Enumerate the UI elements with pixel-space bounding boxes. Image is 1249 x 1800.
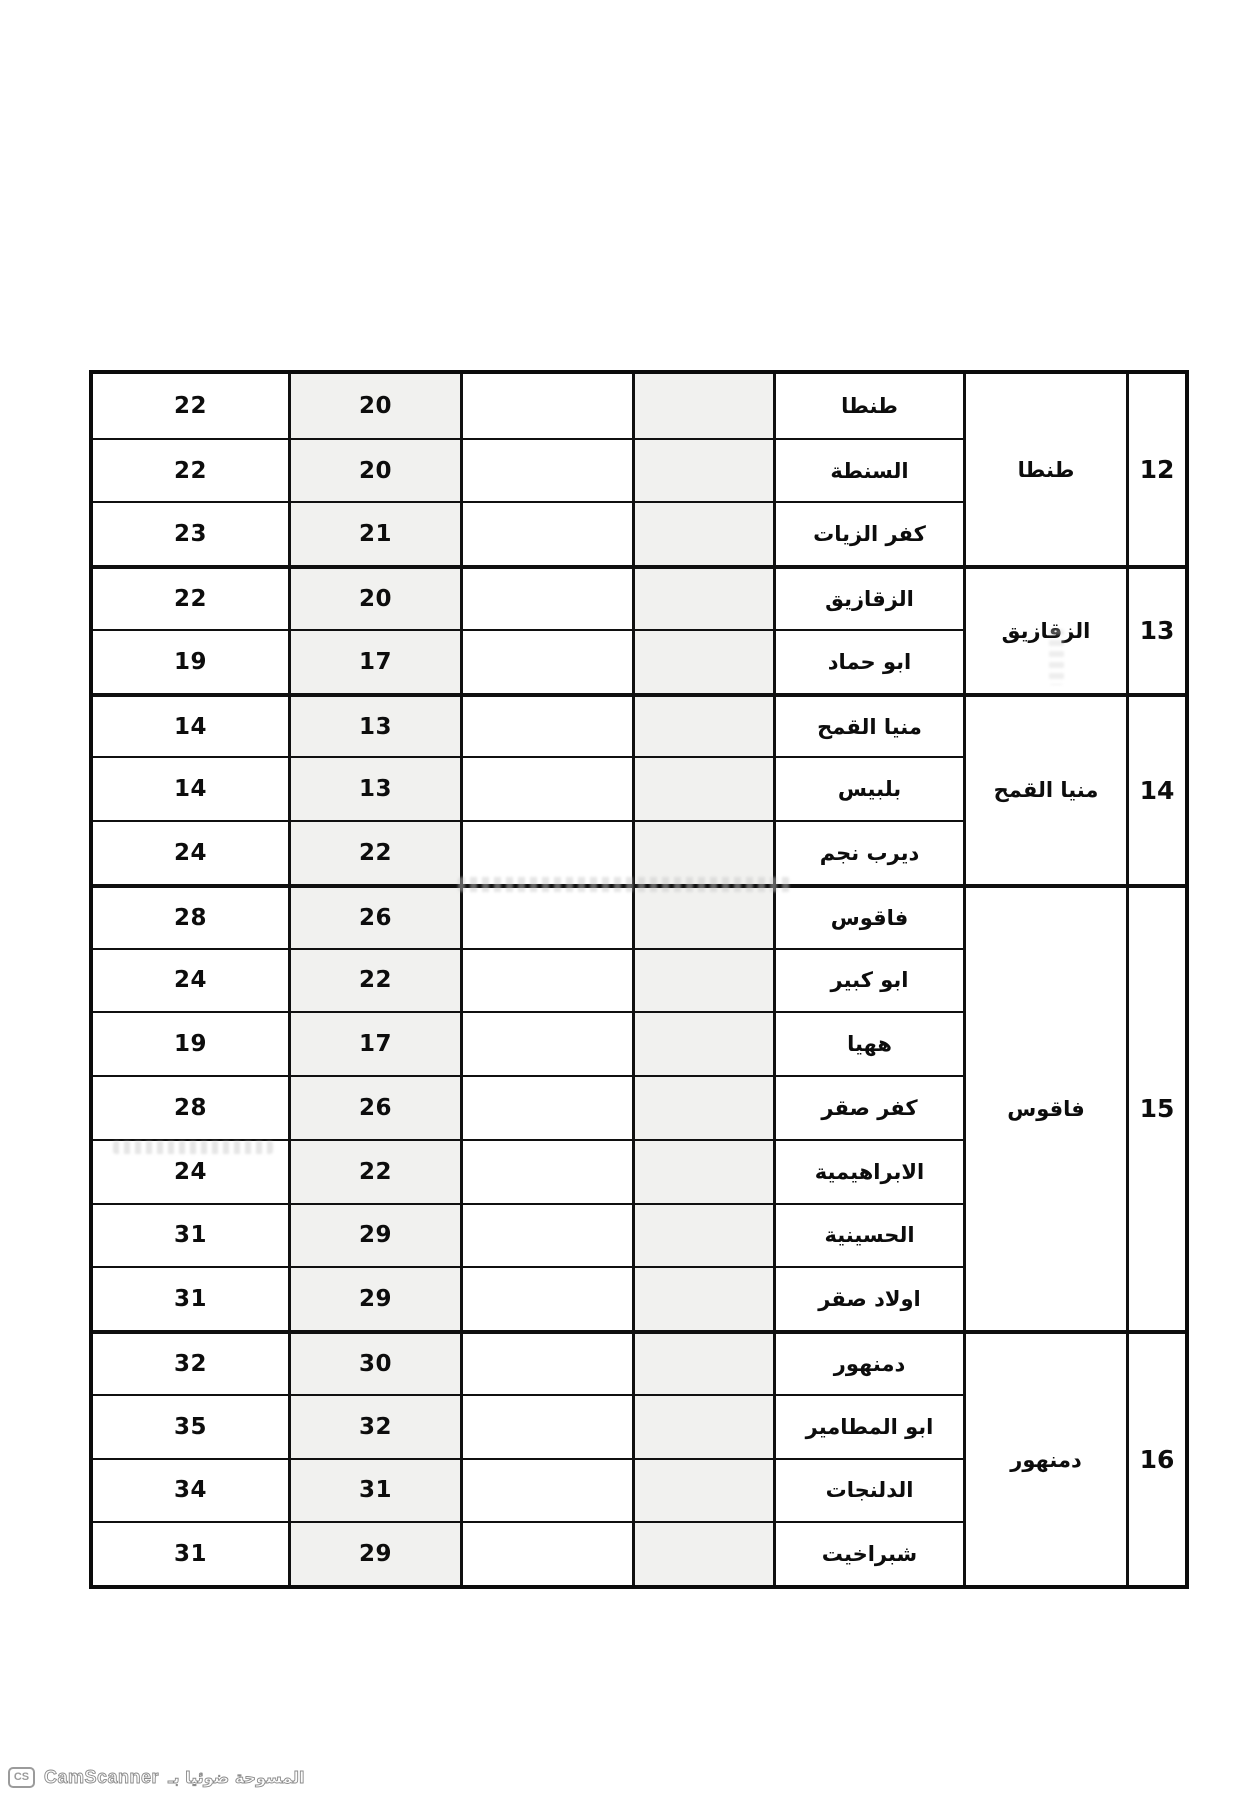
city-cell: كفر الزيات: [773, 501, 963, 565]
value-b-cell: 29: [288, 1203, 460, 1267]
empty-cell: [460, 629, 632, 693]
empty-cell: [632, 438, 773, 502]
city-cell: الابراهيمية: [773, 1139, 963, 1203]
group-index-cell: 14: [1126, 693, 1185, 884]
value-b-cell: 13: [288, 693, 460, 757]
empty-cell: [632, 1075, 773, 1139]
city-cell: اولاد صقر: [773, 1266, 963, 1330]
city-cell: بلبيس: [773, 756, 963, 820]
value-a-cell: 14: [93, 756, 288, 820]
city-cell: طنطا: [773, 374, 963, 438]
empty-cell: [632, 1521, 773, 1585]
camscanner-footer: CS CamScanner المسوحة ضوئيا بـ: [8, 1765, 304, 1789]
empty-cell: [632, 1139, 773, 1203]
group-index-cell: 13: [1126, 565, 1185, 692]
value-b-cell: 29: [288, 1266, 460, 1330]
group-index-cell: 12: [1126, 374, 1185, 565]
city-cell: كفر صقر: [773, 1075, 963, 1139]
city-cell: الحسينية: [773, 1203, 963, 1267]
empty-cell: [632, 693, 773, 757]
camscanner-logo-icon: CS: [8, 1767, 35, 1788]
city-cell: دمنهور: [773, 1330, 963, 1394]
value-a-cell: 24: [93, 948, 288, 1012]
city-cell: ديرب نجم: [773, 820, 963, 884]
scan-table: 2220طنطا2220السنطة2321كفر الزياتطنطا1222…: [89, 370, 1189, 1589]
value-b-cell: 17: [288, 629, 460, 693]
empty-cell: [460, 1203, 632, 1267]
value-b-cell: 31: [288, 1458, 460, 1522]
empty-cell: [632, 756, 773, 820]
empty-cell: [460, 884, 632, 948]
group-index-cell: 16: [1126, 1330, 1185, 1585]
value-b-cell: 20: [288, 438, 460, 502]
value-b-cell: 22: [288, 820, 460, 884]
city-cell: الدلنجات: [773, 1458, 963, 1522]
city-cell: ابو كبير: [773, 948, 963, 1012]
city-cell: ههيا: [773, 1011, 963, 1075]
empty-cell: [460, 1266, 632, 1330]
empty-cell: [632, 1203, 773, 1267]
city-cell: ابو حماد: [773, 629, 963, 693]
empty-cell: [632, 820, 773, 884]
empty-cell: [460, 1394, 632, 1458]
value-a-cell: 34: [93, 1458, 288, 1522]
value-a-cell: 28: [93, 1075, 288, 1139]
empty-cell: [460, 820, 632, 884]
empty-cell: [460, 693, 632, 757]
empty-cell: [460, 1521, 632, 1585]
value-a-cell: 31: [93, 1521, 288, 1585]
empty-cell: [460, 1458, 632, 1522]
value-a-cell: 31: [93, 1203, 288, 1267]
value-a-cell: 19: [93, 629, 288, 693]
camscanner-brand-text: CamScanner: [44, 1767, 159, 1788]
group-index-cell: 15: [1126, 884, 1185, 1330]
value-a-cell: 28: [93, 884, 288, 948]
empty-cell: [632, 565, 773, 629]
empty-cell: [460, 374, 632, 438]
group-name-cell: طنطا: [963, 374, 1126, 565]
empty-cell: [632, 1011, 773, 1075]
city-cell: ابو المطامير: [773, 1394, 963, 1458]
value-b-cell: 29: [288, 1521, 460, 1585]
empty-cell: [460, 756, 632, 820]
value-a-cell: 23: [93, 501, 288, 565]
empty-cell: [632, 1266, 773, 1330]
value-a-cell: 31: [93, 1266, 288, 1330]
value-a-cell: 14: [93, 693, 288, 757]
value-a-cell: 22: [93, 565, 288, 629]
city-cell: شبراخيت: [773, 1521, 963, 1585]
empty-cell: [632, 1394, 773, 1458]
empty-cell: [632, 884, 773, 948]
empty-cell: [632, 629, 773, 693]
empty-cell: [632, 1458, 773, 1522]
value-a-cell: 24: [93, 820, 288, 884]
empty-cell: [460, 1011, 632, 1075]
city-cell: فاقوس: [773, 884, 963, 948]
empty-cell: [460, 438, 632, 502]
city-cell: الزقازيق: [773, 565, 963, 629]
value-b-cell: 20: [288, 374, 460, 438]
group-name-cell: دمنهور: [963, 1330, 1126, 1585]
empty-cell: [460, 1139, 632, 1203]
value-b-cell: 22: [288, 1139, 460, 1203]
value-a-cell: 22: [93, 438, 288, 502]
empty-cell: [632, 948, 773, 1012]
empty-cell: [460, 1330, 632, 1394]
group-name-cell: منيا القمح: [963, 693, 1126, 884]
empty-cell: [460, 501, 632, 565]
group-name-cell: الزقازيق: [963, 565, 1126, 692]
value-a-cell: 19: [93, 1011, 288, 1075]
value-b-cell: 17: [288, 1011, 460, 1075]
empty-cell: [632, 501, 773, 565]
scanned-with-caption: المسوحة ضوئيا بـ: [168, 1768, 304, 1787]
empty-cell: [460, 1075, 632, 1139]
empty-cell: [460, 565, 632, 629]
value-b-cell: 21: [288, 501, 460, 565]
value-b-cell: 13: [288, 756, 460, 820]
value-b-cell: 22: [288, 948, 460, 1012]
group-name-cell: فاقوس: [963, 884, 1126, 1330]
city-cell: منيا القمح: [773, 693, 963, 757]
value-a-cell: 24: [93, 1139, 288, 1203]
value-a-cell: 32: [93, 1330, 288, 1394]
value-a-cell: 35: [93, 1394, 288, 1458]
value-b-cell: 20: [288, 565, 460, 629]
value-b-cell: 26: [288, 884, 460, 948]
empty-cell: [632, 1330, 773, 1394]
value-b-cell: 30: [288, 1330, 460, 1394]
value-b-cell: 26: [288, 1075, 460, 1139]
empty-cell: [632, 374, 773, 438]
value-b-cell: 32: [288, 1394, 460, 1458]
value-a-cell: 22: [93, 374, 288, 438]
empty-cell: [460, 948, 632, 1012]
city-cell: السنطة: [773, 438, 963, 502]
